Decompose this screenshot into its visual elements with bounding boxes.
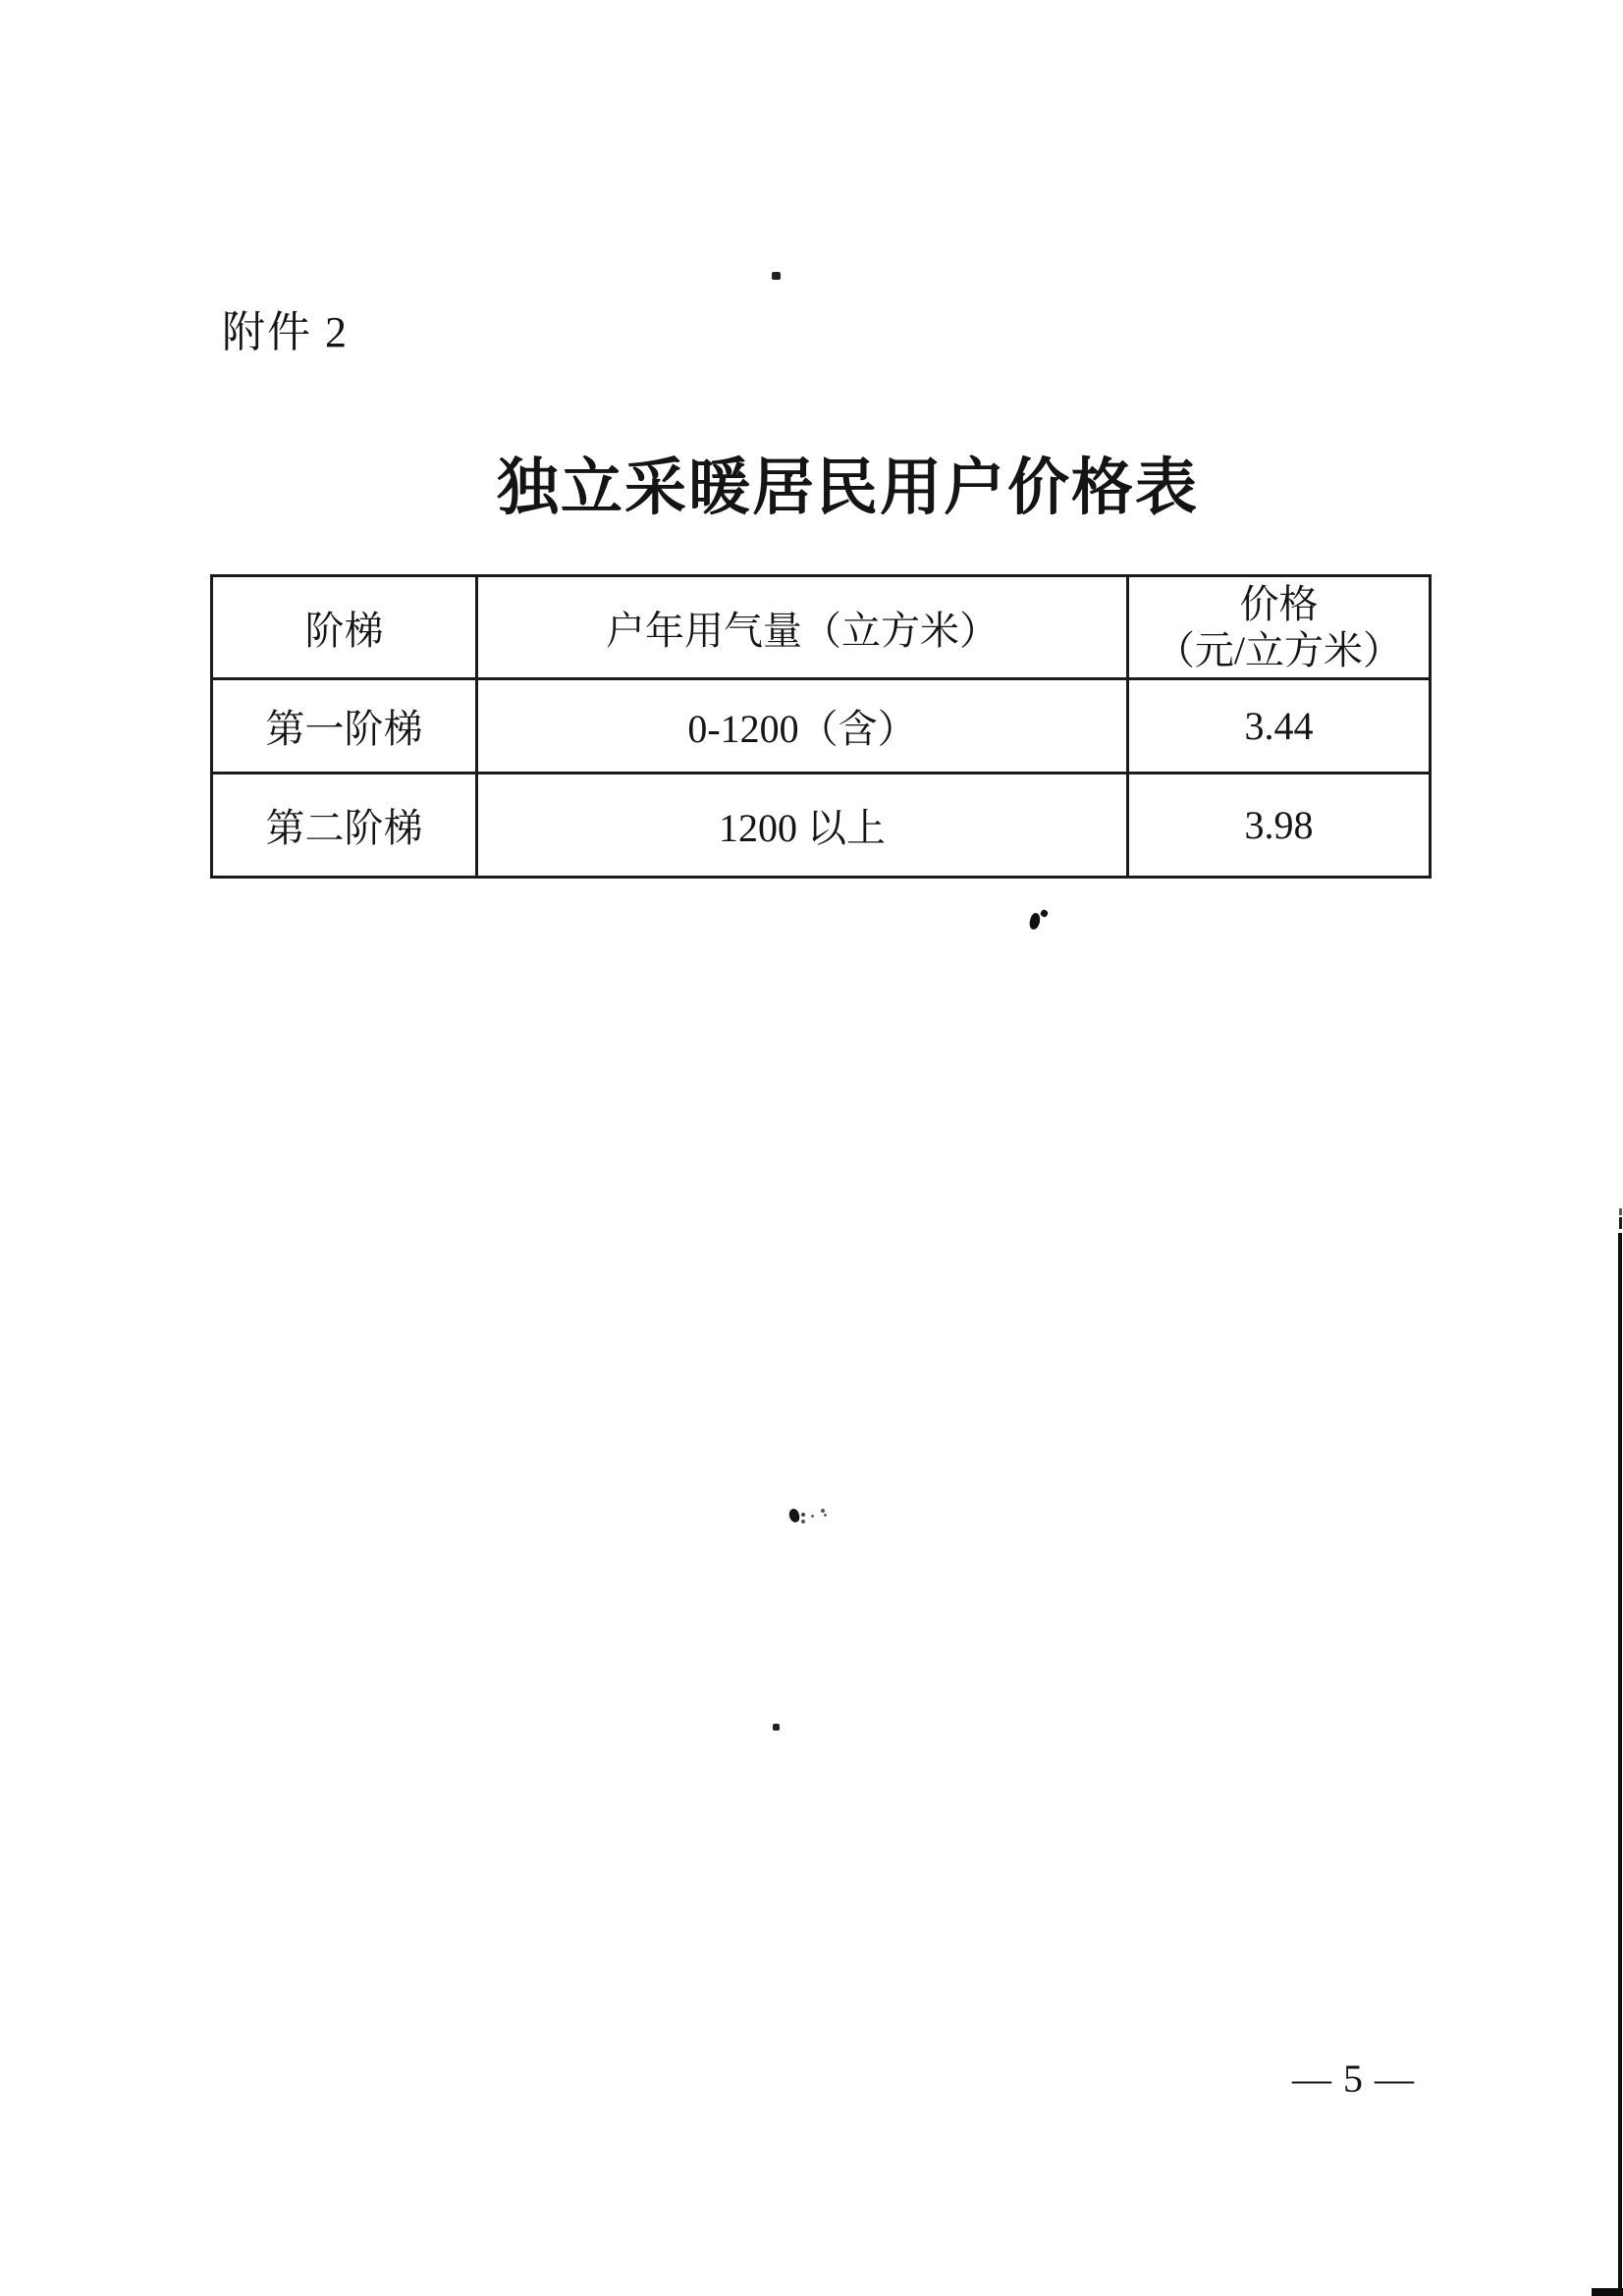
- cell-price: 3.98: [1128, 774, 1431, 878]
- ink-mark-tail: [1040, 909, 1050, 919]
- table-header-row: 阶梯 户年用气量（立方米） 价格 （元/立方米）: [212, 576, 1431, 679]
- cell-price: 3.44: [1128, 679, 1431, 774]
- cell-tier: 第二阶梯: [212, 774, 477, 878]
- scan-speck: [772, 272, 781, 280]
- scan-speck: [811, 1515, 814, 1518]
- page-edge-artifact: [1592, 2288, 1623, 2296]
- scan-speckle-cluster: [783, 1503, 837, 1528]
- header-cell-price: 价格 （元/立方米）: [1128, 576, 1431, 679]
- page-edge-artifact: [1619, 1217, 1622, 1229]
- price-table: 阶梯 户年用气量（立方米） 价格 （元/立方米） 第一阶梯 0-1200（含） …: [210, 574, 1432, 879]
- table-row: 第一阶梯 0-1200（含） 3.44: [212, 679, 1431, 774]
- page-number: — 5 —: [1292, 2056, 1415, 2102]
- scan-speck: [824, 1514, 827, 1517]
- scan-speck: [773, 1724, 780, 1731]
- header-cell-usage: 户年用气量（立方米）: [477, 576, 1128, 679]
- cell-tier: 第一阶梯: [212, 679, 477, 774]
- cell-usage: 1200 以上: [477, 774, 1128, 878]
- header-cell-tier: 阶梯: [212, 576, 477, 679]
- page-edge-artifact: [1618, 1233, 1622, 2296]
- header-price-line1: 价格: [1129, 581, 1429, 627]
- scan-speck: [801, 1513, 805, 1517]
- document-page: 附件 2 独立采暖居民用户价格表 阶梯 户年用气量（立方米） 价格 （元/立方米…: [0, 0, 1623, 2296]
- document-title: 独立采暖居民用户价格表: [497, 438, 1199, 527]
- table-row: 第二阶梯 1200 以上 3.98: [212, 774, 1431, 878]
- scan-speck: [787, 1508, 801, 1524]
- header-price-line2: （元/立方米）: [1129, 627, 1429, 673]
- ink-mark: [1029, 908, 1051, 932]
- attachment-label: 附件 2: [222, 296, 349, 359]
- cell-usage: 0-1200（含）: [477, 679, 1128, 774]
- scan-speck: [821, 1509, 825, 1513]
- page-edge-artifact: [1619, 1208, 1622, 1215]
- scan-speck: [801, 1520, 805, 1523]
